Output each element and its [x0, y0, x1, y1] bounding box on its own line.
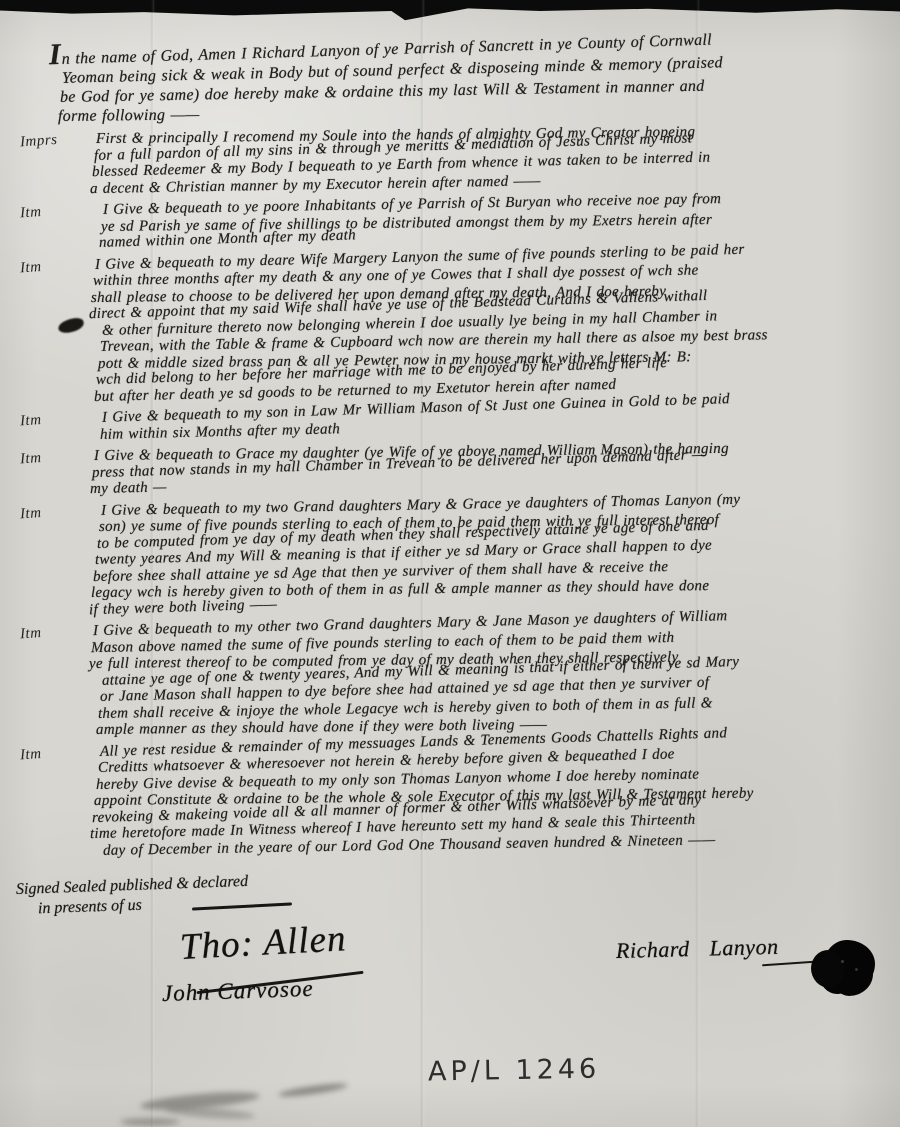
will-paragraph: ItmI Give & bequeath to my two Grand dau… [0, 503, 880, 619]
wax-seal-blob [811, 950, 845, 988]
margin-marker: Itm [19, 447, 90, 469]
ink-smudge [278, 1081, 348, 1099]
margin-marker: Itm [19, 501, 90, 523]
will-paragraph: ItmAll ye rest residue & remainder of my… [0, 744, 880, 860]
wax-seal [823, 940, 875, 992]
ink-smudge [165, 1105, 255, 1121]
will-paragraph: ItmI Give & bequeath to my other two Gra… [0, 623, 880, 739]
testator-signature-richard-lanyon: Richard Lanyon [616, 934, 779, 964]
margin-marker: Itm [19, 409, 90, 431]
margin-marker: Itm [19, 742, 90, 764]
witness-signature-john-carvosoe: John Carvosoe [162, 976, 314, 1007]
will-paragraph: ItmI Give & bequeath to Grace my daughte… [0, 448, 880, 498]
attestation-block: Signed Sealed published & declared in pr… [16, 880, 248, 920]
scan-edge-top [0, 0, 900, 22]
margin-marker: Itm [19, 201, 90, 223]
ink-smudge [120, 1118, 180, 1126]
archive-reference: AP/L 1246 [428, 1053, 601, 1087]
will-text: In the name of God, Amen I Richard Lanyo… [0, 45, 880, 864]
margin-marker: Itm [19, 255, 90, 277]
margin-marker: Itm [19, 622, 90, 644]
margin-marker: Imprs [19, 130, 90, 152]
witness-signature-tho-allen: Tho: Allen [179, 917, 348, 969]
ink-smudge [140, 1089, 261, 1113]
manuscript-page: In the name of God, Amen I Richard Lanyo… [0, 0, 900, 1127]
wax-seal-highlight [841, 960, 844, 963]
will-paragraph: In the name of God, Amen I Richard Lanyo… [0, 45, 880, 126]
will-paragraph: ItmI Give & bequeath to my son in Law Mr… [0, 410, 880, 443]
will-paragraph: ImprsFirst & principally I recomend my S… [0, 131, 880, 197]
will-paragraph: ItmI Give & bequeath to my deare Wife Ma… [0, 257, 880, 406]
